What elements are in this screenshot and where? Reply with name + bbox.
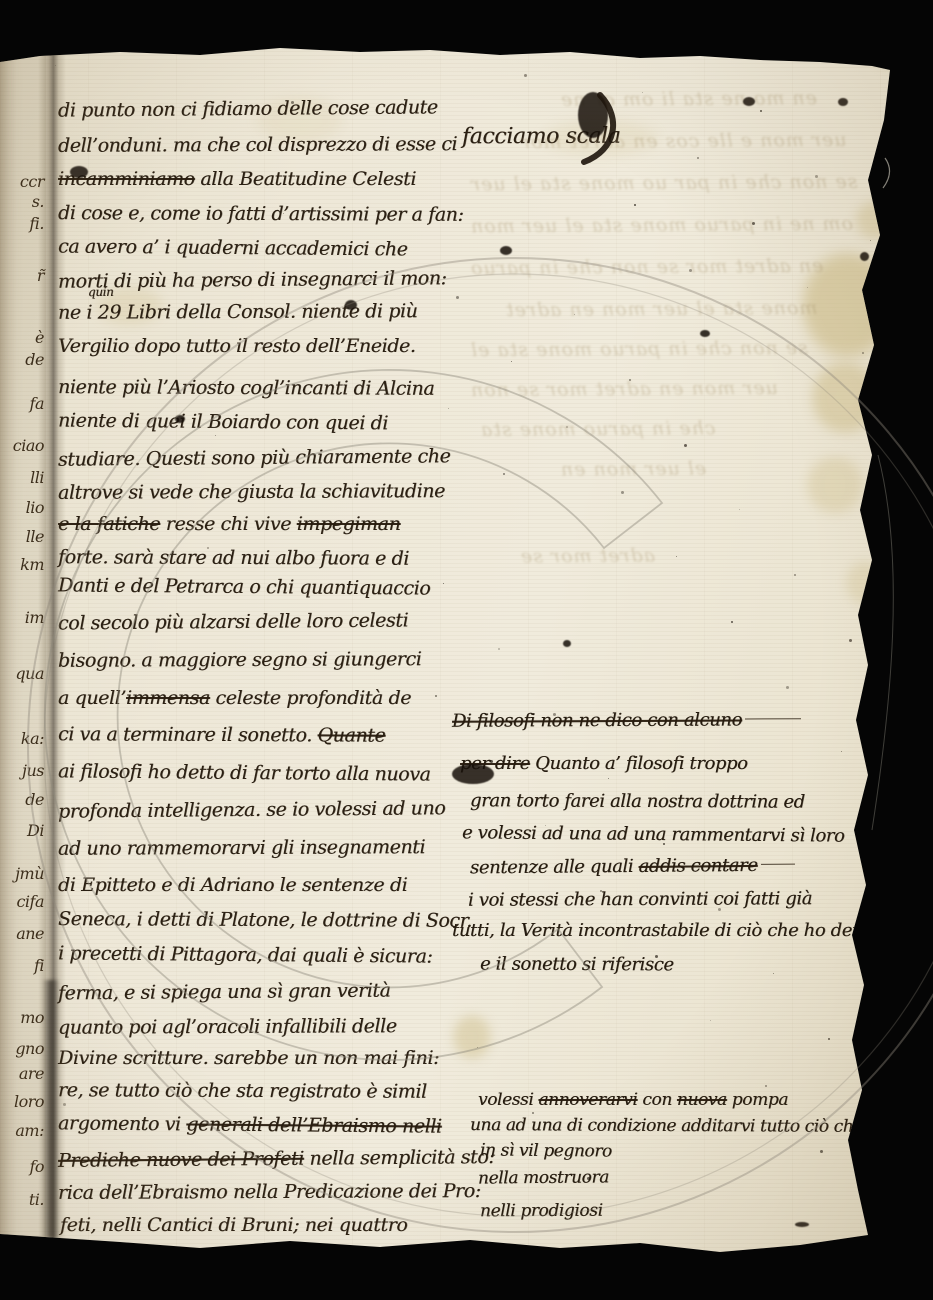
ink-speck bbox=[815, 175, 818, 178]
bottom-annotation-line: nelli prodigiosi bbox=[480, 1203, 603, 1221]
manuscript-word-segment: ca avero a’ i quaderni accademici che bbox=[58, 235, 408, 260]
stain bbox=[810, 360, 880, 435]
previous-page-text-fragment: de bbox=[4, 790, 44, 809]
manuscript-word-segment: a quell’ bbox=[58, 687, 126, 709]
manuscript-word-segment: Seneca, i detti di Platone, le dottrine … bbox=[58, 908, 472, 932]
ink-speck bbox=[532, 1112, 534, 1114]
manuscript-line: ci va a terminare il sonetto. Quante bbox=[58, 725, 385, 745]
ink-speck bbox=[477, 1047, 478, 1048]
manuscript-line: dell’onduni. ma che col disprezzo di ess… bbox=[58, 135, 457, 156]
manuscript-word-segment: ci va a terminare il sonetto. bbox=[58, 723, 318, 746]
manuscript-word-segment: celeste profondità de bbox=[210, 687, 411, 709]
ink-speck bbox=[511, 361, 512, 362]
manuscript-line: argomento vi generali dell’Ebraismo nell… bbox=[58, 1114, 442, 1136]
manuscript-line: ne i 29 Libri della Consol. niente di pi… bbox=[58, 302, 418, 323]
ink-speck bbox=[731, 621, 733, 623]
ink-speck bbox=[524, 74, 527, 77]
showthrough-line: om ne in paruo mone sta el uer mon bbox=[470, 213, 853, 238]
manuscript-line: di Epitteto e di Adriano le sentenze di bbox=[58, 876, 407, 895]
manuscript-word-segment: Divine scritture. sarebbe un non mai fin… bbox=[58, 1047, 439, 1069]
manuscript-word-segment: volessi bbox=[478, 1090, 538, 1110]
previous-page-text-fragment: am: bbox=[4, 1121, 44, 1140]
previous-page-text-fragment: Di bbox=[4, 821, 44, 840]
manuscript-word-segment: argomento vi bbox=[58, 1112, 186, 1135]
ink-blot bbox=[838, 98, 848, 106]
ink-blot bbox=[563, 640, 571, 647]
manuscript-word-segment: feti, nelli Cantici di Bruni; nei quattr… bbox=[60, 1214, 407, 1236]
previous-page-text-fragment: gno bbox=[4, 1039, 44, 1058]
manuscript-word-segment: i precetti di Pittagora, dai quali è sic… bbox=[58, 942, 433, 967]
previous-page-text-fragment: lli bbox=[4, 468, 44, 487]
manuscript-word-segment: bisogno. a maggiore segno si giungerci bbox=[58, 648, 421, 672]
manuscript-word-segment: e la fatiche bbox=[58, 513, 160, 535]
manuscript-line: i precetti di Pittagora, dai quali è sic… bbox=[58, 944, 433, 966]
stain bbox=[800, 250, 895, 360]
ink-speck bbox=[291, 101, 294, 104]
manuscript-word-segment: ad uno rammemorarvi gli insegnamenti bbox=[58, 836, 425, 860]
manuscript-word-segment: e volessi ad una ad una rammentarvi sì l… bbox=[462, 822, 845, 846]
manuscript-word-segment: Prediche nuove dei Profeti bbox=[58, 1148, 304, 1172]
ink-speck bbox=[718, 908, 721, 911]
ink-speck bbox=[773, 973, 774, 974]
manuscript-line: niente più l’Ariosto cogl’incanti di Alc… bbox=[58, 378, 434, 399]
manuscript-word-segment: con bbox=[637, 1090, 677, 1110]
manuscript-line: Danti e del Petrarca o chi quantiquaccio bbox=[58, 576, 430, 598]
manuscript-line: profonda intelligenza. se io volessi ad … bbox=[58, 799, 446, 821]
previous-page-text-fragment: im bbox=[4, 608, 44, 627]
ink-speck bbox=[739, 509, 740, 510]
manuscript-word-segment: profonda intelligenza. se io volessi ad … bbox=[58, 797, 446, 822]
manuscript-line: studiare. Questi sono più chiaramente ch… bbox=[58, 447, 451, 469]
manuscript-line: morti di più ha perso di insegnarci il m… bbox=[58, 269, 447, 291]
manuscript-word-segment: alla Beatitudine Celesti bbox=[195, 168, 416, 190]
previous-page-text-fragment: fi bbox=[4, 956, 44, 975]
ink-speck bbox=[841, 751, 842, 752]
ink-speck bbox=[469, 1159, 471, 1161]
previous-page-text-fragment: ane bbox=[4, 924, 44, 943]
margin-annotation-line: e il sonetto si riferisce bbox=[480, 956, 674, 975]
ink-speck bbox=[566, 426, 568, 428]
ink-speck bbox=[498, 648, 500, 650]
manuscript-word-segment: nuova bbox=[677, 1090, 727, 1110]
manuscript-word-segment: col secolo più alzarsi delle loro celest… bbox=[58, 609, 408, 634]
manuscript-word-segment: tutti, la Verità incontrastabile di ciò … bbox=[452, 920, 876, 941]
previous-page-text-fragment: jus bbox=[4, 761, 44, 780]
ink-speck bbox=[870, 240, 871, 241]
ink-speck bbox=[553, 713, 556, 716]
ink-speck bbox=[215, 435, 216, 436]
previous-page-text-fragment: mo bbox=[4, 1008, 44, 1027]
manuscript-line: ad uno rammemorarvi gli insegnamenti bbox=[58, 838, 425, 859]
manuscript-line: di punto non ci fidiamo delle cose cadut… bbox=[58, 98, 438, 120]
ink-blot bbox=[795, 1222, 809, 1227]
ink-speck bbox=[456, 296, 459, 299]
manuscript-word-segment: i voi stessi che han convinti coi fatti … bbox=[468, 888, 812, 911]
manuscript-word-segment: gran torto farei alla nostra dottrina ed bbox=[470, 790, 805, 812]
showthrough-line: adret mor se bbox=[520, 545, 655, 568]
ink-speck bbox=[760, 110, 762, 112]
margin-annotation-line: gran torto farei alla nostra dottrina ed bbox=[470, 792, 805, 811]
showthrough-line: el uer mon en bbox=[560, 457, 706, 480]
manuscript-word-segment: ne i 29 Libri della Consol. niente di pi… bbox=[58, 300, 418, 324]
ink-speck bbox=[579, 139, 580, 140]
manuscript-line: ca avero a’ i quaderni accademici che bbox=[58, 237, 408, 259]
manuscript-word-segment: resse chi vive bbox=[160, 513, 297, 535]
manuscript-word-segment: ai filosofi ho detto di far torto alla n… bbox=[58, 760, 431, 785]
margin-annotation-line: tutti, la Verità incontrastabile di ciò … bbox=[452, 922, 876, 940]
manuscript-word-segment: Quanto a’ filosofi troppo bbox=[530, 753, 748, 774]
manuscript-scan: di punto non ci fidiamo delle cose cadut… bbox=[0, 0, 933, 1300]
previous-page-text-fragment: lle bbox=[4, 527, 44, 546]
ink-blot bbox=[500, 246, 512, 255]
ink-blot bbox=[345, 300, 357, 310]
ink-speck bbox=[443, 583, 444, 584]
manuscript-line: incamminiamo alla Beatitudine Celesti bbox=[58, 170, 416, 189]
manuscript-word-segment: Quante bbox=[317, 724, 385, 746]
manuscript-word-segment: Di filosofi non ne dico con alcuno bbox=[452, 709, 742, 731]
manuscript-line: niente di quei il Boiardo con quei di bbox=[58, 412, 388, 434]
ink-speck bbox=[574, 314, 575, 315]
ink-speck bbox=[435, 695, 437, 697]
stain bbox=[452, 1014, 492, 1060]
previous-page-text-fragment: s. bbox=[4, 192, 44, 211]
bottom-annotation-line: in sì vil pegnoro bbox=[480, 1142, 612, 1160]
manuscript-word-segment: quin bbox=[88, 285, 114, 299]
ink-speck bbox=[55, 65, 56, 66]
previous-page-text-fragment: fi. bbox=[4, 214, 44, 233]
ink-speck bbox=[828, 1038, 830, 1040]
stain bbox=[870, 30, 910, 66]
ink-blot bbox=[860, 252, 869, 261]
ink-speck bbox=[545, 825, 546, 826]
manuscript-line: quanto poi agl’oracoli infallibili delle bbox=[58, 1017, 397, 1037]
ink-speck bbox=[684, 444, 687, 447]
manuscript-line: re, se tutto ciò che sta registrato è si… bbox=[58, 1081, 427, 1102]
ink-speck bbox=[367, 917, 369, 919]
manuscript-word-segment: annoverarvi bbox=[538, 1090, 637, 1110]
showthrough-line: se non che in par uo mone sta el uer bbox=[470, 171, 858, 196]
margin-annotation-line: i voi stessi che han convinti coi fatti … bbox=[468, 890, 812, 910]
previous-page-text-fragment: è bbox=[4, 328, 44, 347]
manuscript-line: e la fatiche resse chi vive impegiman bbox=[58, 515, 400, 534]
manuscript-word-segment: quanto poi agl’oracoli infallibili delle bbox=[58, 1015, 397, 1038]
manuscript-line: altrove si vede che giusta la schiavitud… bbox=[58, 482, 445, 503]
manuscript-word-segment: di punto non ci fidiamo delle cose cadut… bbox=[58, 96, 438, 121]
previous-page-text-fragment: ti. bbox=[4, 1190, 44, 1209]
manuscript-word-segment: morti di più ha perso di insegnarci il m… bbox=[58, 267, 447, 292]
showthrough-line: uer mon en adret mor se non bbox=[470, 377, 778, 401]
ink-speck bbox=[131, 881, 134, 884]
manuscript-word-segment: studiare. Questi sono più chiaramente ch… bbox=[58, 445, 451, 470]
manuscript-word-segment: immensa bbox=[126, 687, 210, 709]
ink-speck bbox=[600, 890, 602, 892]
manuscript-word-segment: Vergilio dopo tutto il resto dell’Eneide… bbox=[58, 335, 416, 357]
ink-speck bbox=[752, 222, 755, 225]
manuscript-line: col secolo più alzarsi delle loro celest… bbox=[58, 611, 408, 633]
ink-speck bbox=[207, 547, 209, 549]
ink-speck bbox=[642, 92, 643, 93]
manuscript-word-segment: forte. sarà stare ad nui albo fuora e di bbox=[58, 546, 409, 570]
ink-speck bbox=[587, 1177, 590, 1180]
ink-blot bbox=[700, 330, 710, 337]
ink-speck bbox=[608, 778, 609, 779]
ink-blot bbox=[743, 97, 755, 106]
margin-annotation-line: sentenze alle quali addis contare bbox=[470, 857, 795, 878]
manuscript-word-segment: rica dell’Ebraismo nella Predicazione de… bbox=[58, 1180, 481, 1204]
ink-blot bbox=[578, 92, 608, 138]
previous-page-text-fragment: jmù bbox=[4, 864, 44, 883]
ink-speck bbox=[63, 1103, 66, 1106]
ink-speck bbox=[849, 639, 852, 642]
stain bbox=[805, 455, 865, 515]
manuscript-line: forte. sarà stare ad nui albo fuora e di bbox=[58, 548, 409, 569]
manuscript-word-segment: dell’onduni. ma che col disprezzo di ess… bbox=[58, 133, 457, 157]
manuscript-word-segment: ferma, e si spiega una sì gran verità bbox=[58, 980, 391, 1005]
strike-rule bbox=[761, 863, 795, 864]
previous-page-text-fragment: de bbox=[4, 350, 44, 369]
previous-page-text-fragment: r̃ bbox=[4, 266, 44, 285]
margin-annotation-line: Di filosofi non ne dico con alcuno bbox=[452, 711, 801, 731]
stain bbox=[845, 560, 885, 606]
manuscript-word-segment: re, se tutto ciò che sta registrato è si… bbox=[58, 1079, 427, 1103]
bottom-annotation-line: volessi annoverarvi con nuova pompa bbox=[478, 1092, 788, 1109]
manuscript-word-segment: altrove si vede che giusta la schiavitud… bbox=[58, 480, 445, 504]
strike-rule bbox=[745, 718, 801, 719]
manuscript-line: a quell’immensa celeste profondità de bbox=[58, 689, 411, 708]
previous-page-text-fragment: qua bbox=[4, 664, 44, 683]
ink-blot bbox=[70, 166, 88, 178]
ink-speck bbox=[655, 955, 658, 958]
ink-speck bbox=[697, 157, 699, 159]
manuscript-line: rica dell’Ebraismo nella Predicazione de… bbox=[58, 1182, 481, 1203]
previous-page-text-fragment: loro bbox=[4, 1092, 44, 1111]
ink-speck bbox=[139, 769, 141, 771]
showthrough-line: se non che in paruo mone sta el bbox=[470, 337, 808, 361]
ink-speck bbox=[283, 213, 284, 214]
previous-page-text-fragment: ciao bbox=[4, 436, 44, 455]
previous-page-text-fragment: ka: bbox=[4, 729, 44, 748]
manuscript-word-segment: generali dell’Ebraismo nelli bbox=[186, 1113, 442, 1137]
ink-speck bbox=[765, 1085, 767, 1087]
ink-speck bbox=[503, 473, 505, 475]
manuscript-word-segment: una ad una di condizione additarvi tutto… bbox=[470, 1115, 863, 1137]
ink-speck bbox=[689, 269, 692, 272]
manuscript-line: Divine scritture. sarebbe un non mai fin… bbox=[58, 1049, 439, 1068]
manuscript-word-segment: e il sonetto si riferisce bbox=[480, 954, 674, 976]
ink-speck bbox=[807, 287, 808, 288]
ink-blot bbox=[452, 764, 494, 784]
manuscript-word-segment: niente di quei il Boiardo con quei di bbox=[58, 410, 388, 435]
ink-speck bbox=[359, 1029, 362, 1032]
previous-page-text-fragment: fo bbox=[4, 1157, 44, 1176]
ink-speck bbox=[490, 760, 493, 763]
ink-speck bbox=[676, 556, 677, 557]
showthrough-line: en adret mor se non che in paruo bbox=[470, 255, 823, 279]
ink-speck bbox=[448, 408, 449, 409]
ink-speck bbox=[71, 991, 73, 993]
manuscript-line: ai filosofi ho detto di far torto alla n… bbox=[58, 762, 431, 784]
manuscript-word-segment: pompa bbox=[727, 1090, 788, 1110]
superscript-correction: quin bbox=[88, 286, 113, 298]
ink-speck bbox=[629, 379, 631, 381]
previous-page-text-fragment: ccr bbox=[4, 172, 44, 191]
ink-speck bbox=[663, 843, 665, 845]
manuscript-line: ferma, e si spiega una sì gran verità bbox=[58, 982, 391, 1004]
ink-speck bbox=[634, 204, 636, 206]
manuscript-word-segment: in sì vil pegnoro bbox=[480, 1140, 612, 1161]
showthrough-line: che in paruo mone sta bbox=[480, 417, 716, 441]
manuscript-word-segment: nella semplicità sto: bbox=[304, 1146, 495, 1170]
manuscript-word-segment: di Epitteto e di Adriano le sentenze di bbox=[58, 874, 407, 896]
ink-speck bbox=[794, 574, 796, 576]
showthrough-line: mone sta el uer mon en adret bbox=[505, 297, 818, 321]
manuscript-word-segment: impegiman bbox=[297, 513, 401, 535]
previous-page-text-fragment: are bbox=[4, 1064, 44, 1083]
manuscript-line: Vergilio dopo tutto il resto dell’Eneide… bbox=[58, 337, 416, 356]
previous-page-text-fragment: cifa bbox=[4, 892, 44, 911]
manuscript-word-segment: di cose e, come io fatti d’artissimi per… bbox=[58, 202, 464, 226]
manuscript-word-segment: sentenze alle quali bbox=[470, 856, 639, 878]
previous-page-text-fragment: fa bbox=[4, 394, 44, 413]
manuscript-line: di cose e, come io fatti d’artissimi per… bbox=[58, 204, 464, 225]
manuscript-word-segment: nelli prodigiosi bbox=[480, 1201, 603, 1222]
margin-annotation-line: e volessi ad una ad una rammentarvi sì l… bbox=[462, 824, 845, 845]
bottom-annotation-line: una ad una di condizione additarvi tutto… bbox=[470, 1117, 863, 1136]
ink-blot bbox=[175, 415, 185, 423]
ink-speck bbox=[820, 1150, 823, 1153]
manuscript-word-segment: niente più l’Ariosto cogl’incanti di Alc… bbox=[58, 376, 434, 400]
manuscript-word-segment: addis contare bbox=[638, 855, 757, 877]
manuscript-word-segment: Danti e del Petrarca o chi quantiquaccio bbox=[58, 574, 431, 599]
ink-speck bbox=[786, 686, 789, 689]
margin-annotation-line: per dire Quanto a’ filosofi troppo bbox=[460, 755, 748, 773]
manuscript-page: di punto non ci fidiamo delle cose cadut… bbox=[0, 0, 933, 1300]
previous-page-text-fragment: km bbox=[4, 555, 44, 574]
manuscript-line: Prediche nuove dei Profeti nella semplic… bbox=[58, 1148, 495, 1171]
ink-speck bbox=[710, 1020, 711, 1021]
ink-speck bbox=[862, 352, 864, 354]
manuscript-line: feti, nelli Cantici di Bruni; nei quattr… bbox=[60, 1216, 407, 1235]
manuscript-line: Seneca, i detti di Platone, le dottrine … bbox=[58, 910, 472, 931]
stain bbox=[855, 200, 895, 240]
ink-speck bbox=[621, 491, 624, 494]
manuscript-line: bisogno. a maggiore segno si giungerci bbox=[58, 650, 421, 671]
previous-page-text-fragment: lio bbox=[4, 498, 44, 517]
